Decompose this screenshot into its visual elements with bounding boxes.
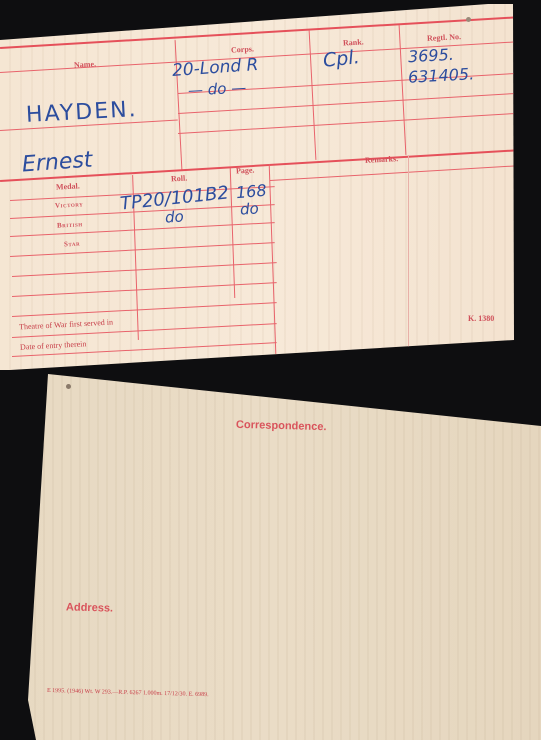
- divider-page-remarks: [269, 164, 277, 354]
- form-number: K. 1380: [468, 314, 494, 323]
- medal-row-rule: [10, 242, 275, 257]
- corps-entry-1: 20-Lond R: [171, 55, 259, 81]
- regtl-no-header: Regtl. No.: [427, 32, 461, 43]
- forename-entry: Ernest: [21, 148, 93, 178]
- theatre-rule: [12, 302, 277, 317]
- medal-row-rule: [12, 282, 277, 297]
- roll-header: Roll.: [171, 174, 188, 184]
- page-british-entry: do: [239, 199, 259, 218]
- remarks-header: Remarks.: [365, 154, 399, 165]
- date-of-entry-label: Date of entry therein: [20, 339, 87, 351]
- remarks-rule: [270, 165, 520, 181]
- roll-british-entry: do: [164, 207, 184, 226]
- correspondence-label: Correspondence.: [236, 419, 327, 433]
- regtl-no-entry-2: 631405.: [408, 64, 475, 86]
- medal-star-label: Star: [64, 240, 80, 249]
- medal-card-front: Name. Corps. Rank. Regtl. No. Medal. Rol…: [0, 0, 541, 370]
- printer-line: E 1995. (1946) Wt. W 293.—R.P. 6267 1.00…: [47, 688, 209, 698]
- row-rule: [178, 113, 517, 134]
- medal-header: Medal.: [56, 181, 80, 191]
- divider-corps-rank: [309, 30, 317, 160]
- regtl-no-entry-1: 3695.: [408, 45, 455, 66]
- corps-header: Corps.: [231, 44, 254, 54]
- medal-british-label: British: [57, 220, 83, 229]
- page-header: Page.: [236, 166, 255, 176]
- punch-hole: [466, 17, 471, 22]
- theatre-label: Theatre of War first served in: [19, 318, 113, 332]
- address-label: Address.: [66, 601, 113, 614]
- divider-rank-regtl: [399, 25, 407, 155]
- medal-row-rule: [10, 222, 275, 237]
- punch-hole: [66, 384, 71, 389]
- name-header: Name.: [74, 59, 96, 69]
- corps-entry-2: — do —: [188, 78, 247, 99]
- medal-victory-label: Victory: [55, 200, 84, 209]
- rank-entry: Cpl.: [322, 46, 361, 72]
- fold-line: [408, 155, 409, 355]
- medal-card-back: Correspondence. Address. E 1995. (1946) …: [0, 370, 541, 740]
- medal-row-rule: [12, 262, 277, 277]
